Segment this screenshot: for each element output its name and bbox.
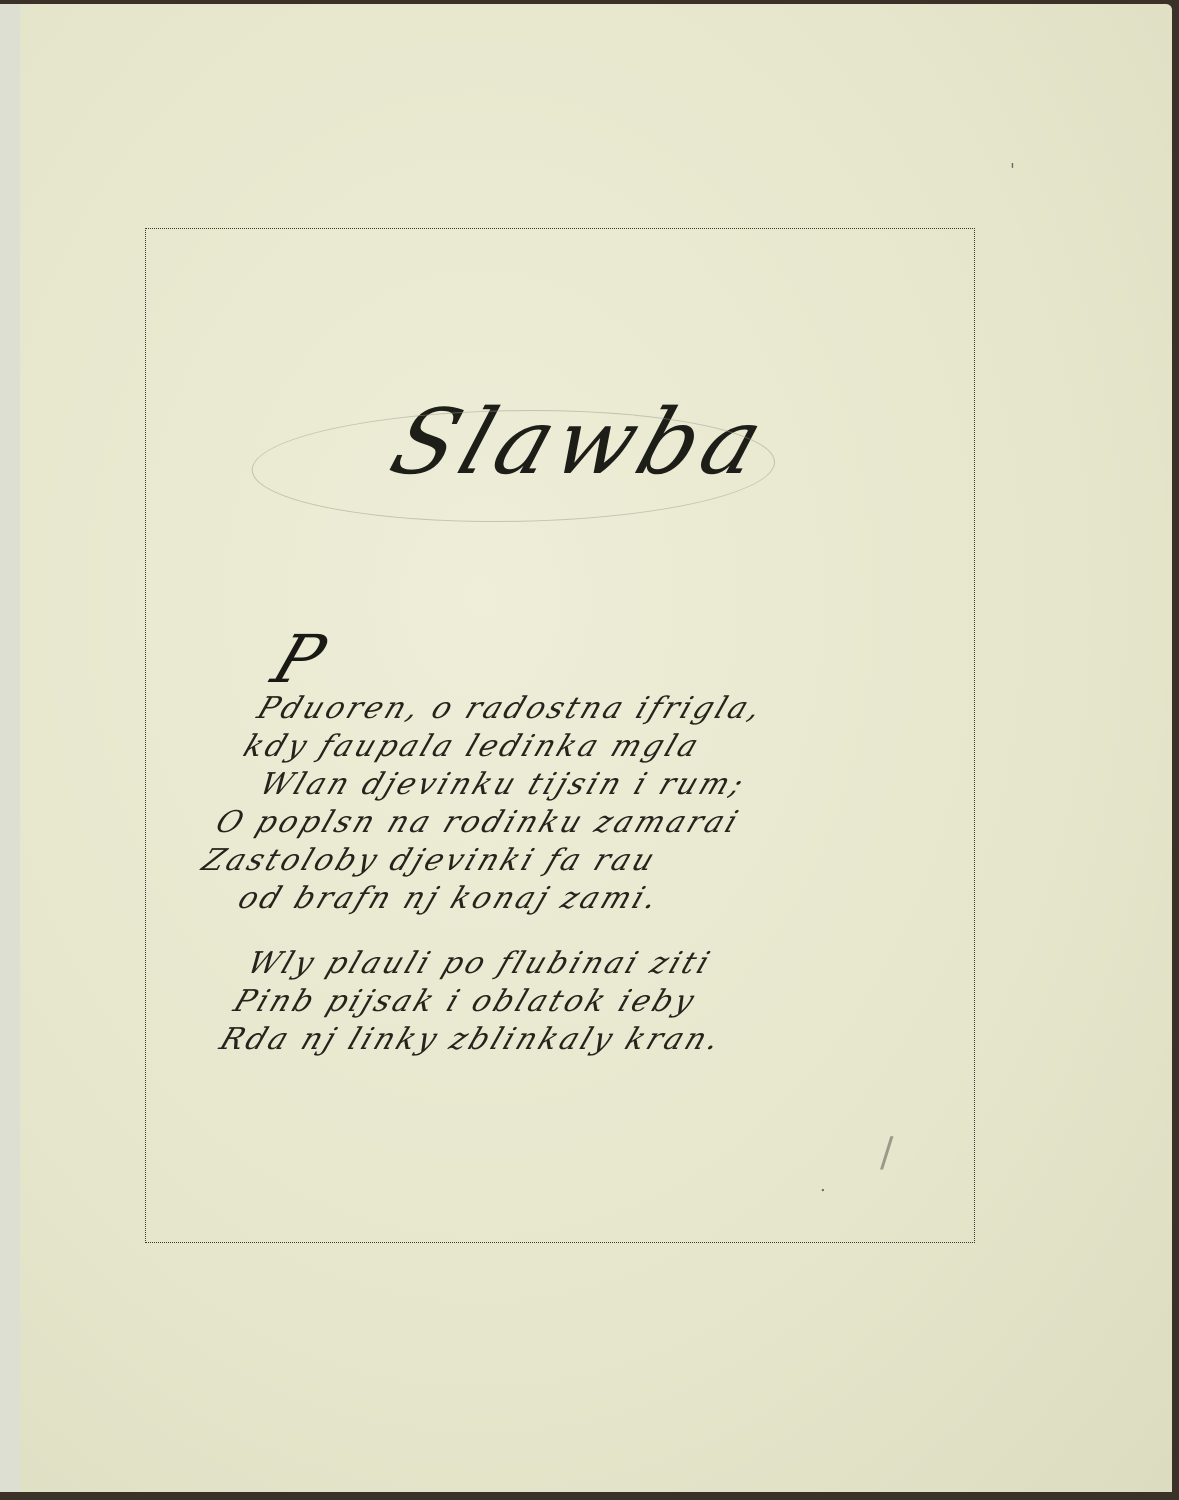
stanza-line: O poplsn na rodinku zamarai xyxy=(210,804,745,842)
binding-edge xyxy=(0,4,22,1492)
ink-mark: ' xyxy=(1010,160,1015,181)
stanza-line: Pinb pijsak i oblatok ieby xyxy=(228,983,741,1021)
stanza-line: P xyxy=(266,630,809,690)
pencil-stroke: / xyxy=(880,1130,893,1176)
stanza-line: Rda nj linky zblinkaly kran. xyxy=(214,1021,727,1059)
page-title: Slawba xyxy=(283,390,877,495)
stanza-2: Wly plauli po flubinai ziti Pinb pijsak … xyxy=(214,945,755,1059)
stanza-line: Wlan djevinku tijsin i rum; xyxy=(224,766,759,804)
stanza-line: kdy faupala ledinka mgla xyxy=(238,728,773,766)
stanza-1: P Pduoren, o radostna ifrigla, kdy faupa… xyxy=(183,630,809,918)
ink-dot: . xyxy=(820,1175,826,1196)
stanza-line: od brafn nj konaj zami. xyxy=(183,880,718,918)
stanza-line: Zastoloby djevinki fa rau xyxy=(196,842,731,880)
stanza-line: Wly plauli po flubinai ziti xyxy=(242,945,755,983)
stanza-line: Pduoren, o radostna ifrigla, xyxy=(252,690,787,728)
